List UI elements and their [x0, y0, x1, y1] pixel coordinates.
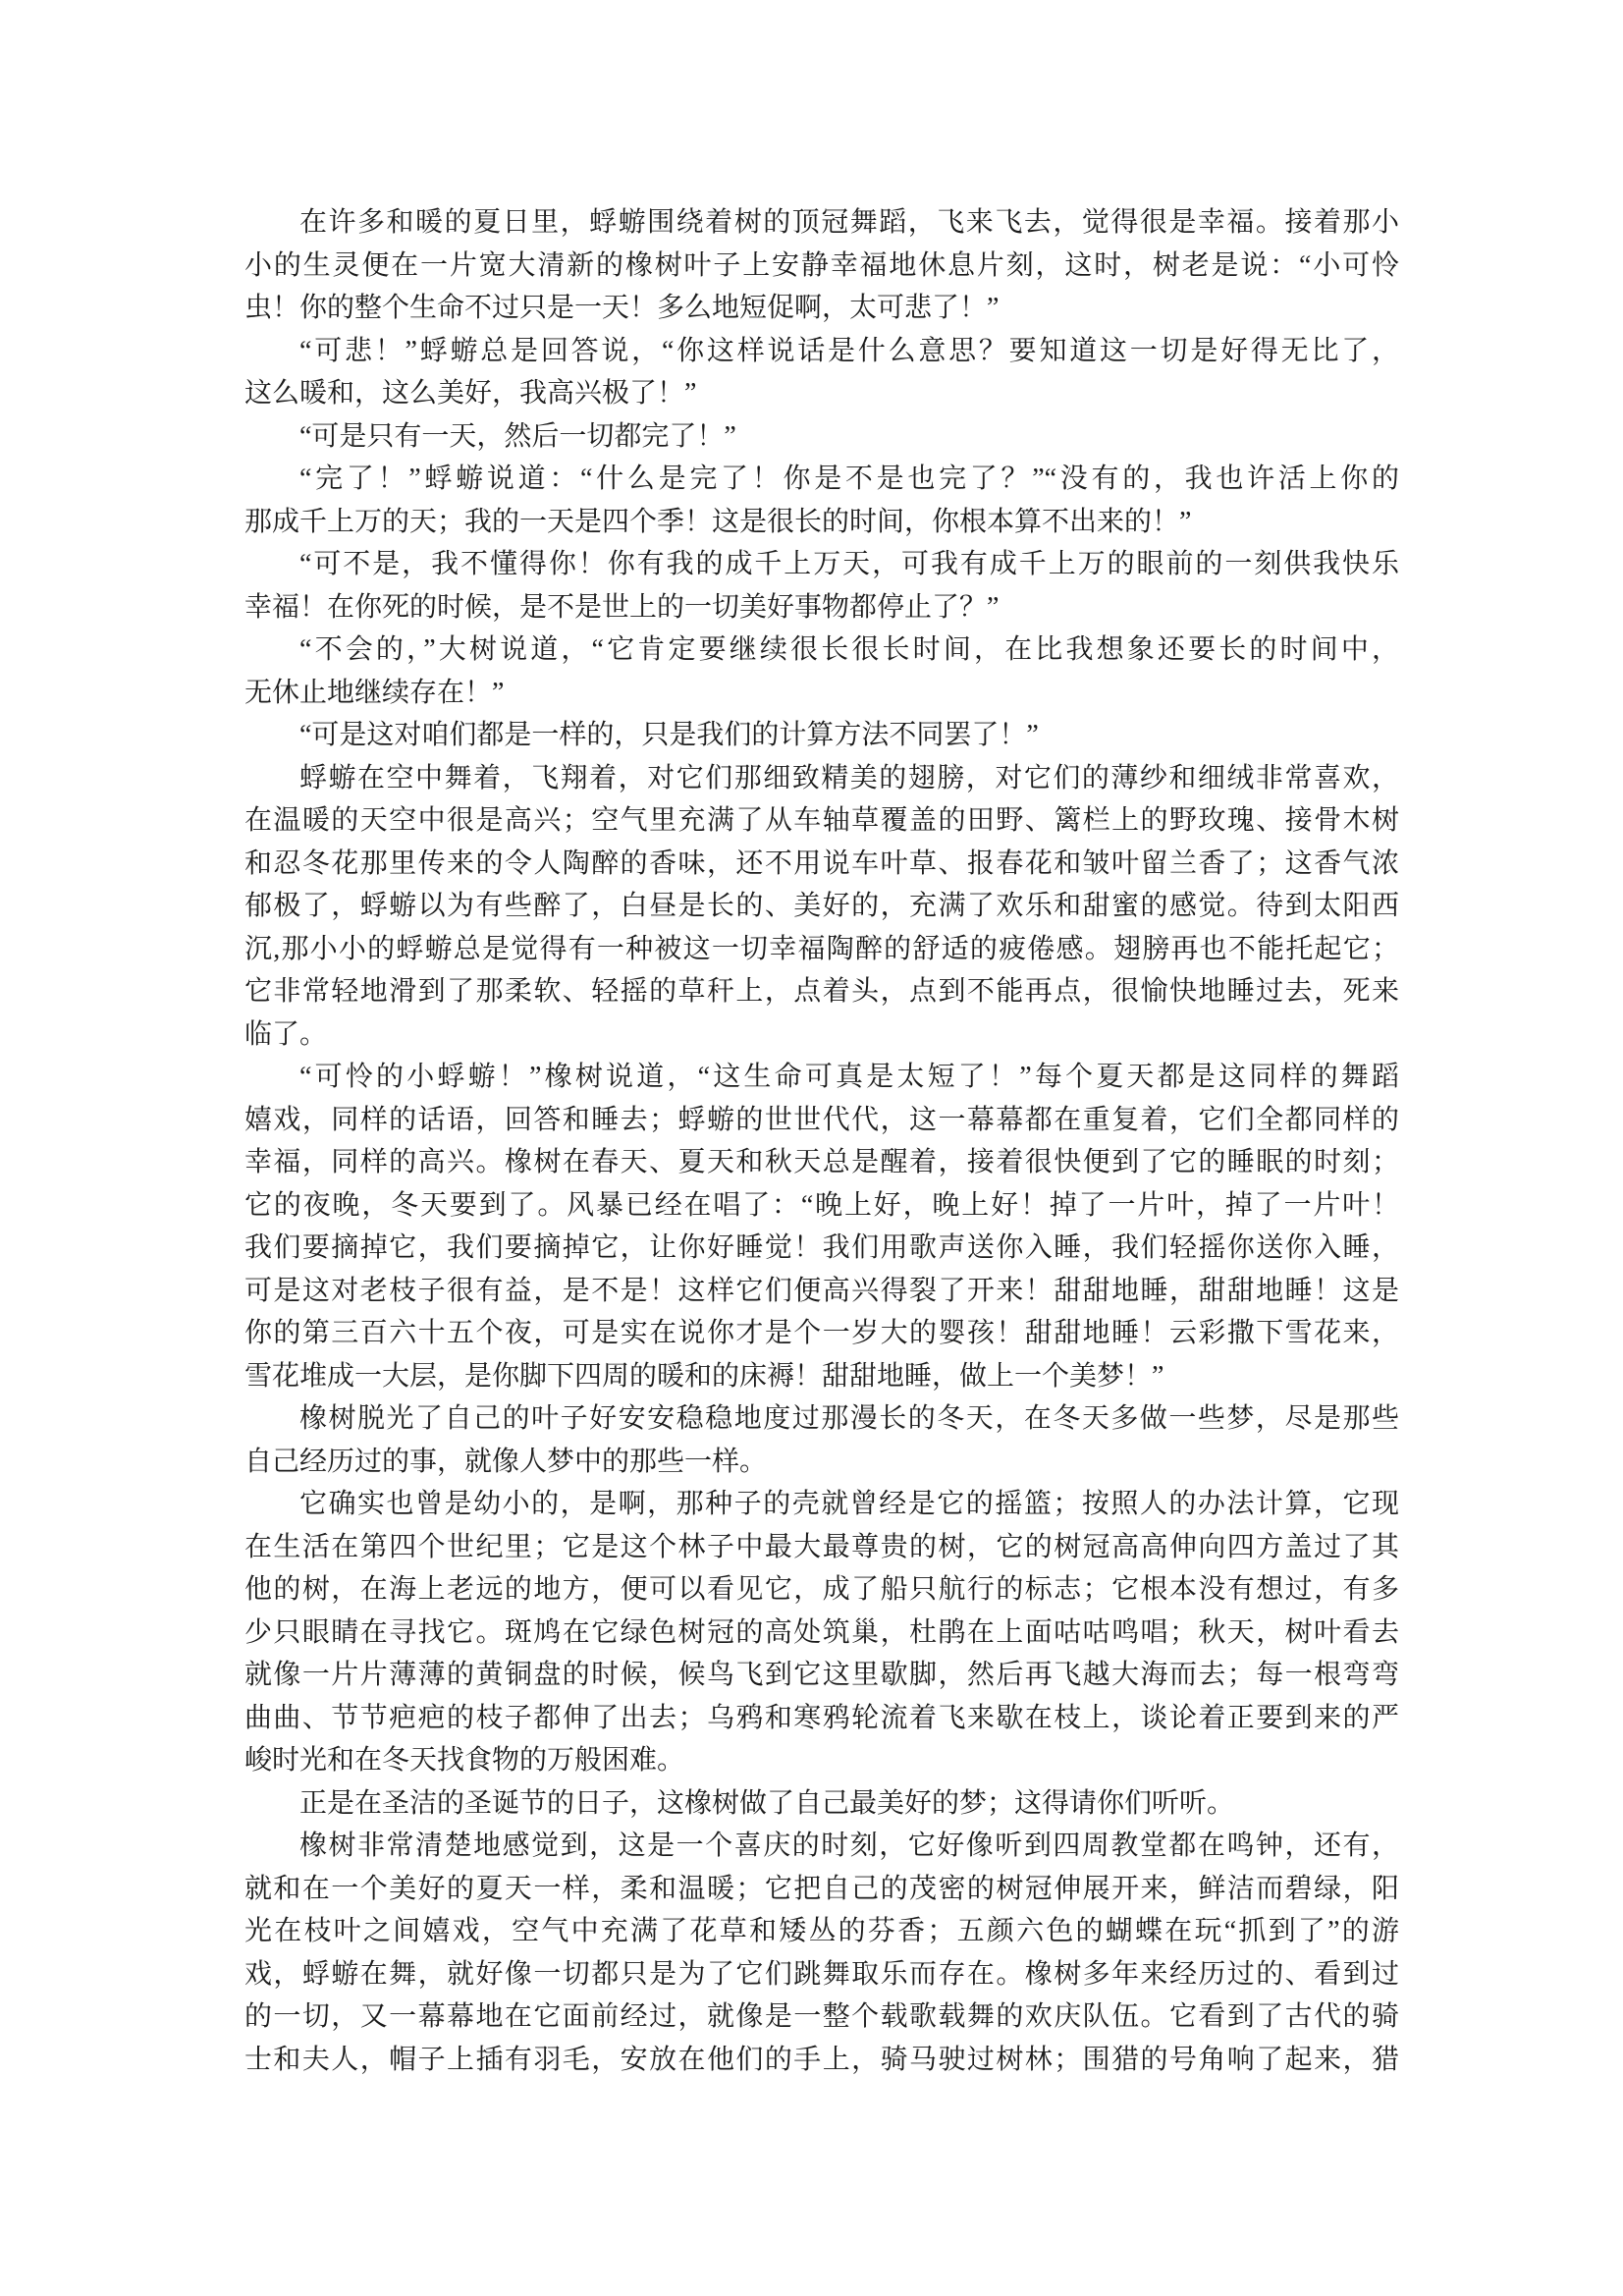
- text-line: 他的树，在海上老远的地方，便可以看见它，成了船只航行的标志；它根本没有想过，有多: [244, 1568, 1399, 1612]
- text-line: 你的第三百六十五个夜，可是实在说你才是个一岁大的婴孩！甜甜地睡！云彩撒下雪花来，: [244, 1312, 1399, 1355]
- text-line: 它的夜晚，冬天要到了。风暴已经在唱了：“晚上好，晚上好！掉了一片叶，掉了一片叶！: [244, 1184, 1399, 1228]
- text-line: 士和夫人，帽子上插有羽毛，安放在他们的手上，骑马驶过树林；围猎的号角响了起来，猎: [244, 2039, 1399, 2082]
- paragraph: “可不是，我不懂得你！你有我的成千上万天，可我有成千上万的眼前的一刻供我快乐幸福…: [244, 543, 1399, 629]
- paragraph: 在许多和暖的夏日里，蜉蝣围绕着树的顶冠舞蹈，飞来飞去，觉得很是幸福。接着那小小的…: [244, 201, 1399, 330]
- text-line: 橡树非常清楚地感觉到，这是一个喜庆的时刻，它好像听到四周教堂都在鸣钟，还有，: [244, 1825, 1399, 1868]
- paragraph: “完了！”蜉蝣说道：“什么是完了！你是不是也完了？”“没有的，我也许活上你的那成…: [244, 458, 1399, 543]
- text-line: “可怜的小蜉蝣！”橡树说道，“这生命可真是太短了！”每个夏天都是这同样的舞蹈: [244, 1056, 1399, 1099]
- story-text: 在许多和暖的夏日里，蜉蝣围绕着树的顶冠舞蹈，飞来飞去，觉得很是幸福。接着那小小的…: [244, 201, 1399, 2081]
- text-line: 峻时光和在冬天找食物的万般困难。: [244, 1739, 1399, 1782]
- paragraph: 橡树脱光了自己的叶子好安安稳稳地度过那漫长的冬天，在冬天多做一些梦，尽是那些自己…: [244, 1397, 1399, 1483]
- text-line: “可悲！”蜉蝣总是回答说，“你这样说话是什么意思？要知道这一切是好得无比了，: [244, 330, 1399, 373]
- paragraph: 橡树非常清楚地感觉到，这是一个喜庆的时刻，它好像听到四周教堂都在鸣钟，还有，就和…: [244, 1825, 1399, 2081]
- text-line: 戏，蜉蝣在舞，就好像一切都只是为了它们跳舞取乐而存在。橡树多年来经历过的、看到过: [244, 1953, 1399, 1996]
- paragraph: “不会的，”大树说道，“它肯定要继续很长很长时间，在比我想象还要长的时间中，无休…: [244, 629, 1399, 714]
- text-line: 就像一片片薄薄的黄铜盘的时候，候鸟飞到它这里歇脚，然后再飞越大海而去；每一根弯弯: [244, 1654, 1399, 1697]
- paragraph: 它确实也曾是幼小的，是啊，那种子的壳就曾经是它的摇篮；按照人的办法计算，它现在生…: [244, 1483, 1399, 1782]
- paragraph: “可怜的小蜉蝣！”橡树说道，“这生命可真是太短了！”每个夏天都是这同样的舞蹈嬉戏…: [244, 1056, 1399, 1397]
- text-line: 我们要摘掉它，我们要摘掉它，让你好睡觉！我们用歌声送你入睡，我们轻摇你送你入睡，: [244, 1227, 1399, 1270]
- text-line: “不会的，”大树说道，“它肯定要继续很长很长时间，在比我想象还要长的时间中，: [244, 629, 1399, 672]
- text-line: “可不是，我不懂得你！你有我的成千上万天，可我有成千上万的眼前的一刻供我快乐: [244, 543, 1399, 586]
- text-line: 蜉蝣在空中舞着，飞翔着，对它们那细致精美的翅膀，对它们的薄纱和细绒非常喜欢，: [244, 757, 1399, 800]
- text-line: 在生活在第四个世纪里；它是这个林子中最大最尊贵的树，它的树冠高高伸向四方盖过了其: [244, 1526, 1399, 1569]
- paragraph: “可悲！”蜉蝣总是回答说，“你这样说话是什么意思？要知道这一切是好得无比了，这么…: [244, 330, 1399, 415]
- paragraph: “可是这对咱们都是一样的，只是我们的计算方法不同罢了！”: [244, 714, 1399, 757]
- paragraph: 正是在圣洁的圣诞节的日子，这橡树做了自己最美好的梦；这得请你们听听。: [244, 1782, 1399, 1826]
- text-line: 可是这对老枝子很有益，是不是！这样它们便高兴得裂了开来！甜甜地睡，甜甜地睡！这是: [244, 1270, 1399, 1313]
- text-line: 郁极了，蜉蝣以为有些醉了，白昼是长的、美好的，充满了欢乐和甜蜜的感觉。待到太阳西: [244, 885, 1399, 928]
- text-line: 这么暖和，这么美好，我高兴极了！”: [244, 372, 1399, 415]
- text-line: 少只眼睛在寻找它。斑鸠在它绿色树冠的高处筑巢，杜鹃在上面咕咕鸣唱；秋天，树叶看去: [244, 1612, 1399, 1655]
- text-line: 幸福！在你死的时候，是不是世上的一切美好事物都停止了？”: [244, 586, 1399, 629]
- text-line: “可是这对咱们都是一样的，只是我们的计算方法不同罢了！”: [244, 714, 1399, 757]
- text-line: 自己经历过的事，就像人梦中的那些一样。: [244, 1441, 1399, 1484]
- text-line: 就和在一个美好的夏天一样，柔和温暖；它把自己的茂密的树冠伸展开来，鲜洁而碧绿，阳: [244, 1868, 1399, 1911]
- text-line: 虫！你的整个生命不过只是一天！多么地短促啊，太可悲了！”: [244, 287, 1399, 330]
- document-page: 在许多和暖的夏日里，蜉蝣围绕着树的顶冠舞蹈，飞来飞去，觉得很是幸福。接着那小小的…: [0, 0, 1623, 2296]
- text-line: 雪花堆成一大层，是你脚下四周的暖和的床褥！甜甜地睡，做上一个美梦！”: [244, 1355, 1399, 1398]
- text-line: 它非常轻地滑到了那柔软、轻摇的草秆上，点着头，点到不能再点，很愉快地睡过去，死来: [244, 970, 1399, 1013]
- text-line: 曲曲、节节疤疤的枝子都伸了出去；乌鸦和寒鸦轮流着飞来歇在枝上，谈论着正要到来的严: [244, 1697, 1399, 1740]
- text-line: 正是在圣洁的圣诞节的日子，这橡树做了自己最美好的梦；这得请你们听听。: [244, 1782, 1399, 1826]
- text-line: 沉,那小小的蜉蝣总是觉得有一种被这一切幸福陶醉的舒适的疲倦感。翅膀再也不能托起它…: [244, 928, 1399, 971]
- text-line: 在温暖的天空中很是高兴；空气里充满了从车轴草覆盖的田野、篱栏上的野玫瑰、接骨木树: [244, 799, 1399, 843]
- text-line: 无休止地继续存在！”: [244, 672, 1399, 715]
- text-line: 小的生灵便在一片宽大清新的橡树叶子上安静幸福地休息片刻，这时，树老是说：“小可怜: [244, 245, 1399, 288]
- text-line: 在许多和暖的夏日里，蜉蝣围绕着树的顶冠舞蹈，飞来飞去，觉得很是幸福。接着那小: [244, 201, 1399, 245]
- text-line: 橡树脱光了自己的叶子好安安稳稳地度过那漫长的冬天，在冬天多做一些梦，尽是那些: [244, 1397, 1399, 1441]
- text-line: 那成千上万的天；我的一天是四个季！这是很长的时间，你根本算不出来的！”: [244, 501, 1399, 544]
- text-line: 它确实也曾是幼小的，是啊，那种子的壳就曾经是它的摇篮；按照人的办法计算，它现: [244, 1483, 1399, 1526]
- text-line: 嬉戏，同样的话语，回答和睡去；蜉蝣的世世代代，这一幕幕都在重复着，它们全都同样的: [244, 1099, 1399, 1142]
- paragraph: “可是只有一天，然后一切都完了！”: [244, 415, 1399, 459]
- text-line: “完了！”蜉蝣说道：“什么是完了！你是不是也完了？”“没有的，我也许活上你的: [244, 458, 1399, 501]
- paragraph: 蜉蝣在空中舞着，飞翔着，对它们那细致精美的翅膀，对它们的薄纱和细绒非常喜欢，在温…: [244, 757, 1399, 1057]
- text-line: 幸福，同样的高兴。橡树在春天、夏天和秋天总是醒着，接着很快便到了它的睡眠的时刻；: [244, 1141, 1399, 1184]
- text-line: 光在枝叶之间嬉戏，空气中充满了花草和矮丛的芬香；五颜六色的蝴蝶在玩“抓到了”的游: [244, 1910, 1399, 1953]
- text-line: 临了。: [244, 1013, 1399, 1057]
- text-line: 的一切，又一幕幕地在它面前经过，就像是一整个载歌载舞的欢庆队伍。它看到了古代的骑: [244, 1995, 1399, 2039]
- text-line: 和忍冬花那里传来的令人陶醉的香味，还不用说车叶草、报春花和皱叶留兰香了；这香气浓: [244, 843, 1399, 886]
- text-line: “可是只有一天，然后一切都完了！”: [244, 415, 1399, 459]
